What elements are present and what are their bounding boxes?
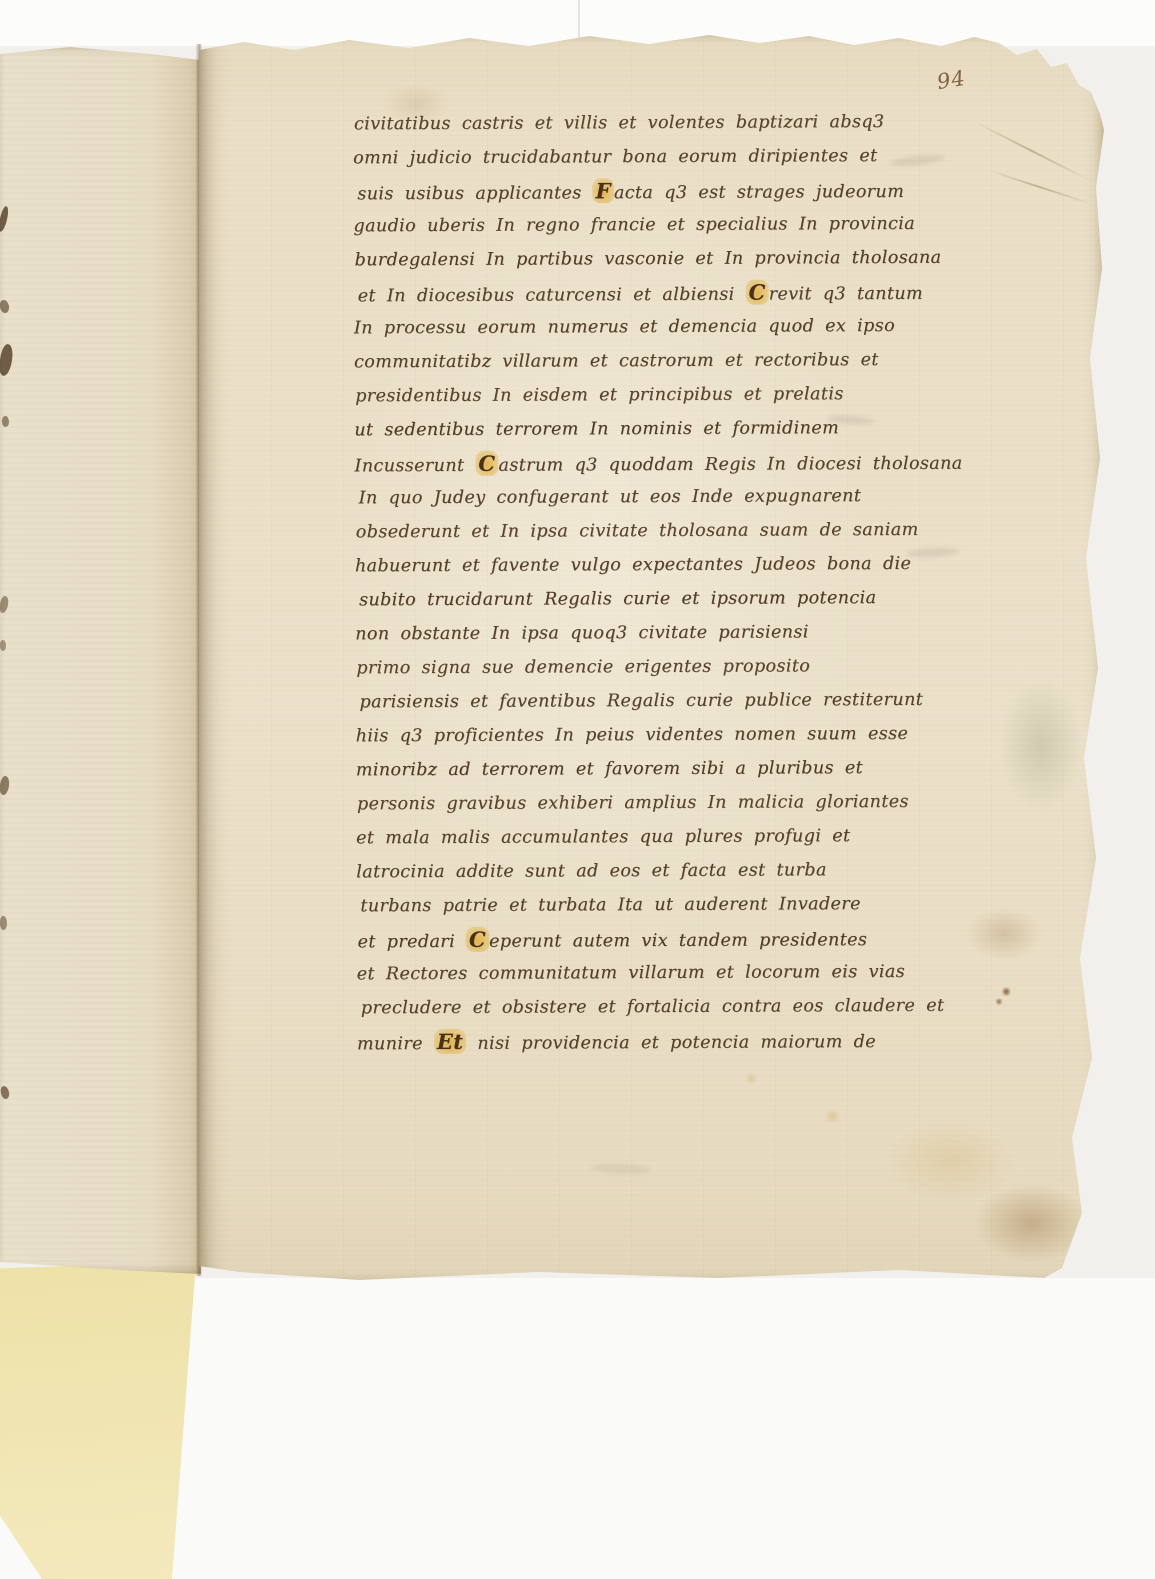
line-text: non obstante In ipsa quoq3 civitate pari…: [355, 622, 809, 644]
ink-fragment: [2, 416, 9, 427]
line-text: civitatibus castris et villis et volente…: [354, 112, 885, 134]
ink-fragment: [0, 595, 10, 613]
manuscript-line: primo signa sue demencie erigentes propo…: [355, 649, 975, 686]
manuscript-line: omni judicio trucidabantur bona eorum di…: [353, 139, 973, 176]
ink-fragment: [0, 1085, 10, 1099]
line-text: et In diocesibus caturcensi et albiensi: [358, 285, 746, 307]
line-text: personis gravibus exhiberi amplius In ma…: [357, 792, 909, 814]
manuscript-line: parisiensis et faventibus Regalis curie …: [355, 683, 975, 720]
gold-touched-initial: C: [466, 927, 489, 952]
ink-fragment: [0, 206, 10, 233]
line-text: communitatibz villarum et castrorum et r…: [354, 350, 879, 372]
line-text: nisi providencia et potencia maiorum de: [466, 1032, 876, 1054]
manuscript-line: hiis q3 proficientes In peius videntes n…: [356, 717, 976, 754]
line-text: obsederunt et In ipsa civitate tholosana…: [356, 520, 919, 542]
ink-fragment: [0, 916, 7, 930]
line-text: precludere et obsistere et fortalicia co…: [361, 996, 945, 1019]
line-text: burdegalensi In partibus vasconie et In …: [355, 248, 942, 271]
line-text: subito trucidarunt Regalis curie et ipso…: [359, 588, 876, 610]
manuscript-line: subito trucidarunt Regalis curie et ipso…: [355, 581, 975, 618]
line-text: eperunt autem vix tandem presidentes: [489, 930, 867, 952]
manuscript-line: et In diocesibus caturcensi et albiensi …: [354, 275, 974, 312]
manuscript-line: suis usibus applicantes Facta q3 est str…: [353, 173, 973, 210]
line-text: omni judicio trucidabantur bona eorum di…: [353, 146, 877, 168]
line-text: hiis q3 proficientes In peius videntes n…: [356, 724, 909, 746]
manuscript-line: gaudio uberis In regno francie et specia…: [353, 207, 973, 244]
line-text: In processu eorum numerus et demencia qu…: [354, 316, 895, 338]
line-text: habuerunt et favente vulgo expectantes J…: [355, 554, 911, 576]
manuscript-line: communitatibz villarum et castrorum et r…: [354, 343, 974, 380]
paper-crease: [989, 170, 1089, 204]
manuscript-line: personis gravibus exhiberi amplius In ma…: [356, 785, 976, 822]
manuscript-line: minoribz ad terrorem et favorem sibi a p…: [356, 751, 976, 788]
line-text: parisiensis et faventibus Regalis curie …: [359, 690, 923, 712]
line-text: minoribz ad terrorem et favorem sibi a p…: [356, 758, 863, 780]
line-text: suis usibus applicantes: [357, 183, 592, 204]
line-text: munire: [357, 1034, 434, 1054]
manuscript-line: presidentibus In eisdem et principibus e…: [354, 377, 974, 414]
line-text: latrocinia addite sunt ad eos et facta e…: [356, 860, 827, 882]
bleed-through-mark: [591, 1163, 651, 1175]
manuscript-line: habuerunt et favente vulgo expectantes J…: [355, 547, 975, 584]
manuscript-line: munire Et nisi providencia et potencia m…: [357, 1023, 977, 1060]
manuscript-line: et Rectores communitatum villarum et loc…: [357, 955, 977, 992]
line-text: et predari: [358, 932, 467, 952]
line-text: presidentibus In eisdem et principibus e…: [355, 384, 844, 406]
manuscript-line: civitatibus castris et villis et volente…: [353, 105, 973, 142]
line-text: acta q3 est strages judeorum: [614, 182, 904, 203]
gold-touched-initial: C: [745, 280, 768, 305]
manuscript-line: et predari Ceperunt autem vix tandem pre…: [356, 921, 976, 958]
ink-fragment: [0, 775, 10, 795]
manuscript-line: turbans patrie et turbata Ita ut auderen…: [356, 887, 976, 924]
line-text: revit q3 tantum: [769, 284, 923, 305]
gold-touched-initial: C: [475, 451, 498, 476]
line-text: astrum q3 quoddam Regis In diocesi tholo…: [498, 454, 962, 476]
gold-touched-initial: F: [593, 178, 614, 203]
folio-number: 94: [935, 66, 967, 94]
manuscript-line: In processu eorum numerus et demencia qu…: [354, 309, 974, 346]
manuscript-folio: 94 civitatibus castris et villis et vole…: [199, 28, 1104, 1286]
facing-leaf-edge: [0, 44, 201, 1274]
line-text: ut sedentibus terrorem In nominis et for…: [354, 418, 839, 440]
line-text: gaudio uberis In regno francie et specia…: [353, 214, 915, 236]
manuscript-line: non obstante In ipsa quoq3 civitate pari…: [355, 615, 975, 652]
manuscript-line: In quo Judey confugerant ut eos Inde exp…: [355, 479, 975, 516]
ink-fragment: [0, 343, 15, 377]
manuscript-line: burdegalensi In partibus vasconie et In …: [354, 241, 974, 278]
manuscript-line: precludere et obsistere et fortalicia co…: [357, 989, 977, 1026]
manuscript-line: et mala malis accumulantes qua plures pr…: [356, 819, 976, 856]
manuscript-line: Incusserunt Castrum q3 quoddam Regis In …: [354, 445, 974, 482]
manuscript-line: latrocinia addite sunt ad eos et facta e…: [356, 853, 976, 890]
line-text: et mala malis accumulantes qua plures pr…: [356, 826, 850, 848]
manuscript-line: obsederunt et In ipsa civitate tholosana…: [355, 513, 975, 550]
line-text: primo signa sue demencie erigentes propo…: [356, 656, 810, 678]
line-text: turbans patrie et turbata Ita ut auderen…: [360, 894, 860, 916]
line-text: Incusserunt: [354, 456, 475, 477]
manuscript-photograph: { "manuscript": { "folio_number": "94", …: [0, 0, 1155, 1579]
gold-touched-initial: Et: [434, 1029, 467, 1054]
yellow-guard-sheet: [0, 1262, 200, 1579]
line-text: et Rectores communitatum villarum et loc…: [357, 962, 906, 984]
ink-fragment: [0, 640, 6, 651]
manuscript-line: ut sedentibus terrorem In nominis et for…: [354, 411, 974, 448]
text-block: civitatibus castris et villis et volente…: [353, 105, 977, 1060]
line-text: In quo Judey confugerant ut eos Inde exp…: [359, 486, 862, 508]
ink-fragment: [0, 299, 10, 313]
